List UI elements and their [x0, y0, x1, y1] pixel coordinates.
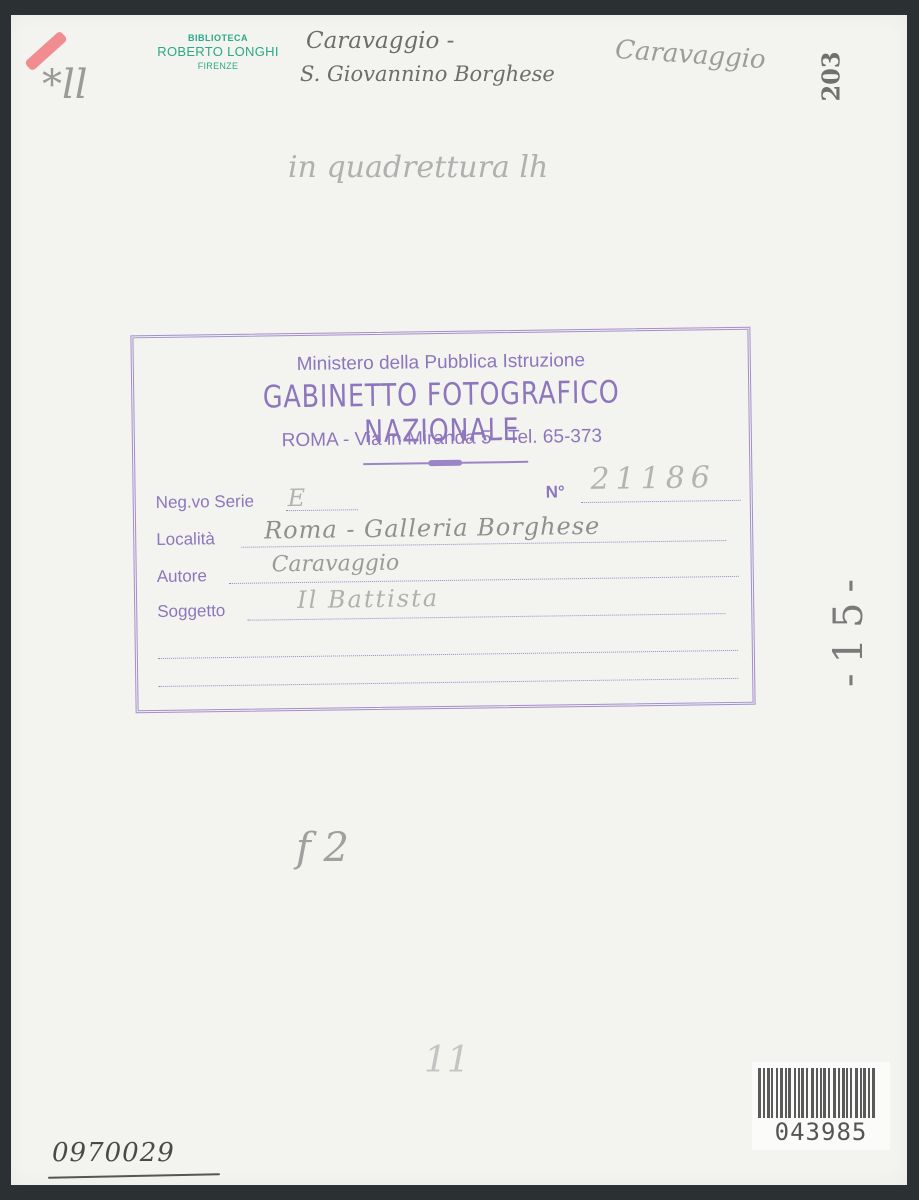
library-stamp: BIBLIOTECA ROBERTO LONGHI FIRENZE: [143, 33, 293, 72]
barcode-bars: [758, 1068, 880, 1118]
field-label-serie: Neg.vo Serie: [156, 492, 255, 513]
field-line-soggetto: [247, 613, 725, 621]
pencil-middle-note: f 2: [296, 825, 349, 871]
barcode-label: 043985: [752, 1062, 890, 1150]
stamp-ornament-rule: [363, 461, 528, 465]
field-line-autore: [229, 576, 739, 584]
library-stamp-line2: ROBERTO LONGHI: [143, 44, 293, 60]
field-label-numero: N°: [545, 482, 564, 502]
field-label-autore: Autore: [157, 566, 207, 587]
ministry-stamp: Ministero della Pubblica Istruzione GABI…: [130, 327, 755, 714]
field-value-localita: Roma - Galleria Borghese: [264, 512, 601, 545]
pencil-side-number: -15-: [826, 569, 872, 687]
library-stamp-line3: FIRENZE: [143, 61, 293, 72]
blank-line-2: [158, 678, 738, 687]
field-line-numero: [581, 500, 741, 503]
ink-title-line2: S. Giovannino Borghese: [300, 62, 555, 86]
library-stamp-line1: BIBLIOTECA: [143, 33, 293, 44]
pencil-note: in quadrettura lh: [288, 150, 548, 185]
inventory-number: 0970029: [52, 1138, 175, 1168]
field-value-autore: Caravaggio: [271, 551, 399, 578]
field-value-serie: E: [287, 484, 305, 512]
ink-title-line1: Caravaggio -: [306, 28, 454, 54]
field-value-numero: 21186: [590, 460, 716, 497]
barcode-number: 043985: [756, 1118, 886, 1146]
blank-line-1: [158, 650, 738, 659]
pencil-lower-note: 11: [424, 1040, 470, 1081]
field-label-localita: Località: [156, 529, 215, 550]
pencil-mark-left: *ll: [42, 62, 88, 108]
pencil-number-vertical: 203: [817, 51, 846, 101]
field-label-soggetto: Soggetto: [157, 601, 225, 622]
field-value-soggetto: Il Battista: [297, 584, 439, 614]
